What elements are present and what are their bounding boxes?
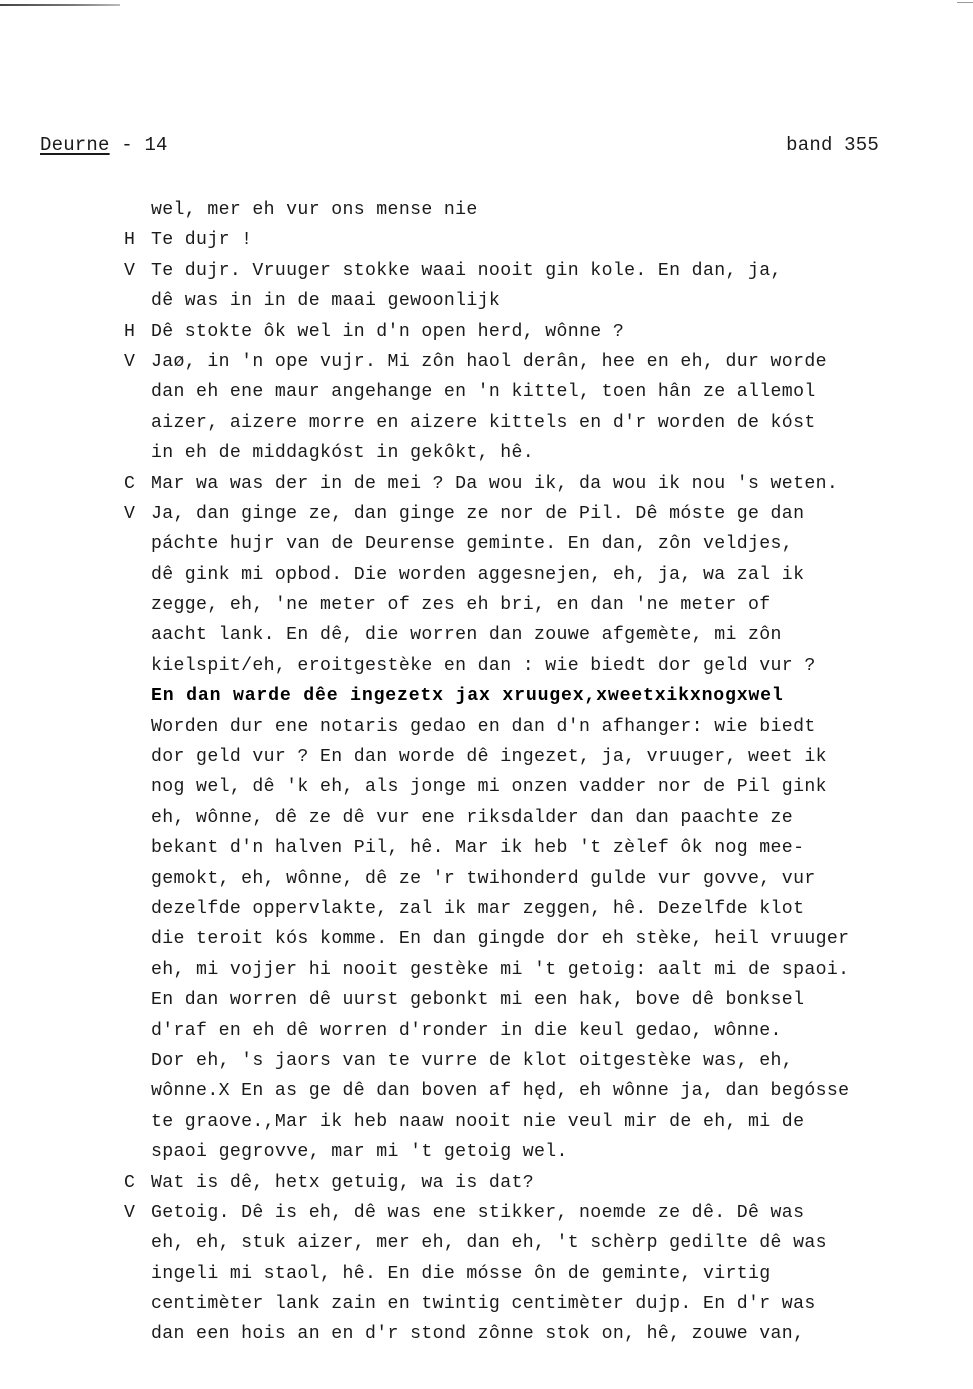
line-text: dan een hois an en d'r stond zônne stok … <box>151 1319 804 1349</box>
line-text: dan eh ene maur angehange en 'n kittel, … <box>151 377 816 407</box>
transcript-line: wônne.X En as ge dê dan boven af hęd, eh… <box>124 1076 924 1106</box>
speaker-label: V <box>124 347 144 377</box>
line-text: gemokt, eh, wônne, dê ze 'r twihonderd g… <box>151 864 816 894</box>
speaker-label: V <box>124 499 144 529</box>
transcript-line: dan eh ene maur angehange en 'n kittel, … <box>124 377 924 407</box>
page-number: 14 <box>144 134 167 156</box>
transcript-line: eh, eh, stuk aizer, mer eh, dan eh, 't s… <box>124 1228 924 1258</box>
line-text: eh, mi vojjer hi nooit gestèke mi 't get… <box>151 955 849 985</box>
line-text: Te dujr ! <box>151 225 252 255</box>
transcript-line: Worden dur ene notaris gedao en dan d'n … <box>124 712 924 742</box>
speaker-label: C <box>124 1168 144 1198</box>
transcript-line: dor geld vur ? En dan worde dê ingezet, … <box>124 742 924 772</box>
transcript-line: te graove.,Mar ik heb naaw nooit nie veu… <box>124 1107 924 1137</box>
transcript-line: VJaø, in 'n ope vujr. Mi zôn haol derân,… <box>124 347 924 377</box>
transcript-line: in eh de middagkóst in gekôkt, hê. <box>124 438 924 468</box>
transcript-line: Dor eh, 's jaors van te vurre de klot oi… <box>124 1046 924 1076</box>
line-text: Worden dur ene notaris gedao en dan d'n … <box>151 712 816 742</box>
transcript-line: eh, mi vojjer hi nooit gestèke mi 't get… <box>124 955 924 985</box>
line-text: die teroit kós komme. En dan gingde dor … <box>151 924 849 954</box>
scan-edge-mark-right <box>957 2 973 3</box>
transcript-line: nog wel, dê 'k eh, als jonge mi onzen va… <box>124 772 924 802</box>
line-text: bekant d'n halven Pil, hê. Mar ik heb 't… <box>151 833 804 863</box>
transcript-line: CMar wa was der in de mei ? Da wou ik, d… <box>124 469 924 499</box>
line-text: Getoig. Dê is eh, dê was ene stikker, no… <box>151 1198 804 1228</box>
line-text: eh, eh, stuk aizer, mer eh, dan eh, 't s… <box>151 1228 827 1258</box>
line-text: Jaø, in 'n ope vujr. Mi zôn haol derân, … <box>151 347 827 377</box>
transcript-line: centimèter lank zain en twintig centimèt… <box>124 1289 924 1319</box>
line-text: dor geld vur ? En dan worde dê ingezet, … <box>151 742 827 772</box>
transcript-line: páchte hujr van de Deurense geminte. En … <box>124 529 924 559</box>
line-text: d'raf en eh dê worren d'ronder in die ke… <box>151 1016 782 1046</box>
line-text: wel, mer eh vur ons mense nie <box>151 195 478 225</box>
page-header: Deurne - 14 band 355 <box>40 134 879 158</box>
line-text: centimèter lank zain en twintig centimèt… <box>151 1289 816 1319</box>
speaker-label: H <box>124 225 144 255</box>
line-text: eh, wônne, dê ze dê vur ene riksdalder d… <box>151 803 793 833</box>
transcript-line: dê gink mi opbod. Die worden aggesnejen,… <box>124 560 924 590</box>
line-text: dezelfde oppervlakte, zal ik mar zeggen,… <box>151 894 804 924</box>
transcript-line: CWat is dê, hetx getuig, wa is dat? <box>124 1168 924 1198</box>
transcript-line: spaoi gegrovve, mar mi 't getoig wel. <box>124 1137 924 1167</box>
speaker-label: H <box>124 317 144 347</box>
transcript-line: En dan warde dêe ingezetx jax xruugex,xw… <box>124 681 924 711</box>
transcript-line: d'raf en eh dê worren d'ronder in die ke… <box>124 1016 924 1046</box>
line-text: wônne.X En as ge dê dan boven af hęd, eh… <box>151 1076 849 1106</box>
line-text: te graove.,Mar ik heb naaw nooit nie veu… <box>151 1107 804 1137</box>
transcript-line: VTe dujr. Vruuger stokke waai nooit gin … <box>124 256 924 286</box>
transcript-line: aacht lank. En dê, die worren dan zouwe … <box>124 620 924 650</box>
line-text: ingeli mi staol, hê. En die mósse ôn de … <box>151 1259 771 1289</box>
line-text: kielspit/eh, eroitgestèke en dan : wie b… <box>151 651 816 681</box>
place-name: Deurne <box>40 134 110 156</box>
transcript-line: gemokt, eh, wônne, dê ze 'r twihonderd g… <box>124 864 924 894</box>
transcript-line: HTe dujr ! <box>124 225 924 255</box>
transcript-line: wel, mer eh vur ons mense nie <box>124 195 924 225</box>
line-text: Te dujr. Vruuger stokke waai nooit gin k… <box>151 256 782 286</box>
line-text: En dan worren dê uurst gebonkt mi een ha… <box>151 985 804 1015</box>
line-text: dê gink mi opbod. Die worden aggesnejen,… <box>151 560 804 590</box>
transcript-line: die teroit kós komme. En dan gingde dor … <box>124 924 924 954</box>
line-text: Ja, dan ginge ze, dan ginge ze nor de Pi… <box>151 499 804 529</box>
tape-number: band 355 <box>786 134 879 156</box>
line-text: nog wel, dê 'k eh, als jonge mi onzen va… <box>151 772 827 802</box>
line-text: páchte hujr van de Deurense geminte. En … <box>151 529 793 559</box>
line-text: Dê stokte ôk wel in d'n open herd, wônne… <box>151 317 624 347</box>
line-text: Mar wa was der in de mei ? Da wou ik, da… <box>151 469 838 499</box>
struck-out-text: En dan warde dêe ingezetx jax xruugex,xw… <box>151 681 784 711</box>
header-location: Deurne - 14 <box>40 134 168 156</box>
header-separator: - <box>110 134 145 156</box>
line-text: in eh de middagkóst in gekôkt, hê. <box>151 438 534 468</box>
scan-edge-mark <box>0 4 120 6</box>
transcript-line: dezelfde oppervlakte, zal ik mar zeggen,… <box>124 894 924 924</box>
transcript-line: VGetoig. Dê is eh, dê was ene stikker, n… <box>124 1198 924 1228</box>
transcript-line: kielspit/eh, eroitgestèke en dan : wie b… <box>124 651 924 681</box>
transcript-line: ingeli mi staol, hê. En die mósse ôn de … <box>124 1259 924 1289</box>
transcript-line: VJa, dan ginge ze, dan ginge ze nor de P… <box>124 499 924 529</box>
transcript-line: aizer, aizere morre en aizere kittels en… <box>124 408 924 438</box>
line-text: Dor eh, 's jaors van te vurre de klot oi… <box>151 1046 793 1076</box>
line-text: dê was in in de maai gewoonlijk <box>151 286 500 316</box>
line-text: spaoi gegrovve, mar mi 't getoig wel. <box>151 1137 568 1167</box>
speaker-label: C <box>124 469 144 499</box>
line-text: aacht lank. En dê, die worren dan zouwe … <box>151 620 782 650</box>
line-text: zegge, eh, 'ne meter of zes eh bri, en d… <box>151 590 771 620</box>
line-text: Wat is dê, hetx getuig, wa is dat? <box>151 1168 534 1198</box>
transcript-line: dê was in in de maai gewoonlijk <box>124 286 924 316</box>
transcript-body: wel, mer eh vur ons mense nieHTe dujr !V… <box>124 195 924 1350</box>
transcript-line: eh, wônne, dê ze dê vur ene riksdalder d… <box>124 803 924 833</box>
speaker-label: V <box>124 1198 144 1228</box>
transcript-line: HDê stokte ôk wel in d'n open herd, wônn… <box>124 317 924 347</box>
transcript-line: zegge, eh, 'ne meter of zes eh bri, en d… <box>124 590 924 620</box>
line-text: aizer, aizere morre en aizere kittels en… <box>151 408 816 438</box>
transcript-line: En dan worren dê uurst gebonkt mi een ha… <box>124 985 924 1015</box>
transcript-line: bekant d'n halven Pil, hê. Mar ik heb 't… <box>124 833 924 863</box>
speaker-label: V <box>124 256 144 286</box>
transcript-line: dan een hois an en d'r stond zônne stok … <box>124 1319 924 1349</box>
